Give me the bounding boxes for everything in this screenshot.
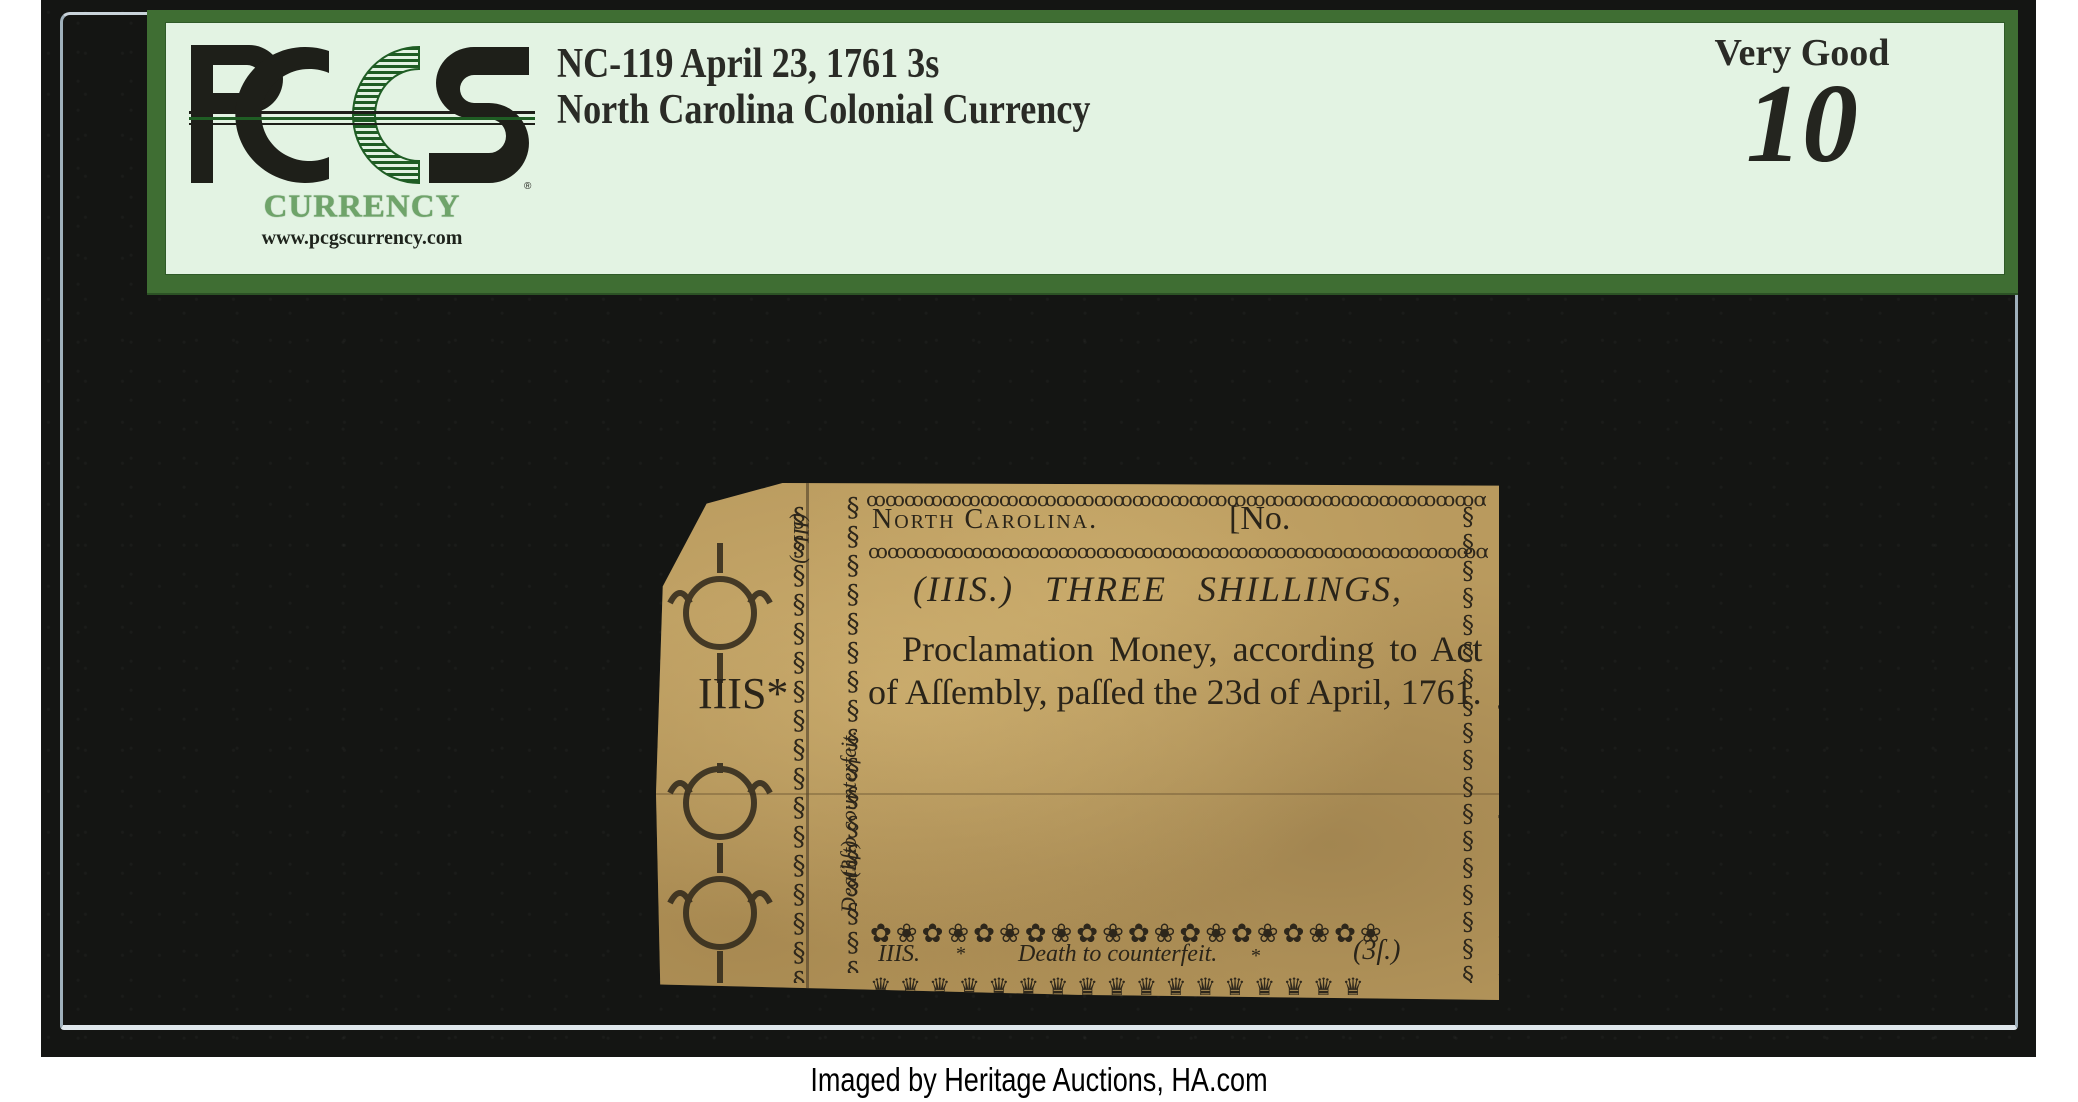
grade-number: 10 <box>1702 69 1902 179</box>
photo-background: ® CURRENCY www.pcgscurrency.com NC-119 A… <box>41 0 2036 1057</box>
image-credit-caption: Imaged by Heritage Auctions, HA.com <box>187 1060 1891 1100</box>
grading-label-panel: ® CURRENCY www.pcgscurrency.com NC-119 A… <box>165 22 2005 275</box>
left-ornament-panel-icon <box>660 543 780 983</box>
left-panel-denomination: IIIS* <box>698 668 788 719</box>
footer-star-icon: * <box>956 943 966 966</box>
fold-crease-horizontal <box>656 793 1499 795</box>
left-vertical-denom-bottom: (3ſ.) <box>836 841 862 878</box>
left-vertical-denom-top: (IIIs.) <box>788 513 814 564</box>
footer-star-icon-2: * <box>1251 945 1261 968</box>
note-header: North Carolina. <box>872 504 1098 536</box>
item-description: North Carolina Colonial Currency <box>557 87 1090 133</box>
body-text-line-1: Proclamation Money, according to Act <box>902 628 1483 670</box>
denomination-text: (IIIS.) THREE SHILLINGS, <box>913 568 1403 610</box>
pcgs-url: www.pcgscurrency.com <box>189 227 535 250</box>
serial-number-field: [No. <box>1229 500 1290 538</box>
pcgs-currency-logo: ® CURRENCY www.pcgscurrency.com <box>189 41 535 253</box>
footer-denomination: IIIS. <box>878 941 920 968</box>
pcgs-logo-icon: ® <box>189 41 535 191</box>
footer-denomination-right: (3ſ.) <box>1353 935 1400 967</box>
svg-text:®: ® <box>524 181 532 191</box>
item-designation: NC-119 April 23, 1761 3s <box>557 41 939 87</box>
right-scroll-border: §§§§§§§§§§§§§§§§§§§§§§§ <box>1456 503 1482 983</box>
left-vertical-warning: Death to counterfeit. <box>836 730 862 913</box>
currency-wordmark: CURRENCY <box>189 194 535 221</box>
grading-label: ® CURRENCY www.pcgscurrency.com NC-119 A… <box>147 10 2018 295</box>
header-scroll-border: ꝏꝏꝏꝏꝏꝏꝏꝏꝏꝏꝏꝏꝏꝏꝏꝏꝏꝏꝏꝏꝏꝏꝏꝏꝏꝏꝏꝏꝏꝏꝏꝏꝏꝏꝏꝏꝏꝏꝏꝏ <box>868 539 1488 563</box>
footer-warning: Death to counterfeit. <box>1018 941 1217 968</box>
body-text-line-2: of Aſſembly, paſſed the 23d of April, 17… <box>868 671 1482 713</box>
banknote: IIIS* §§§§§§§§§§§§§§§§§§§§§§§§ §§§§§§§§§… <box>656 483 1499 1000</box>
left-scroll-border: §§§§§§§§§§§§§§§§§§§§§§§§ <box>784 503 814 983</box>
